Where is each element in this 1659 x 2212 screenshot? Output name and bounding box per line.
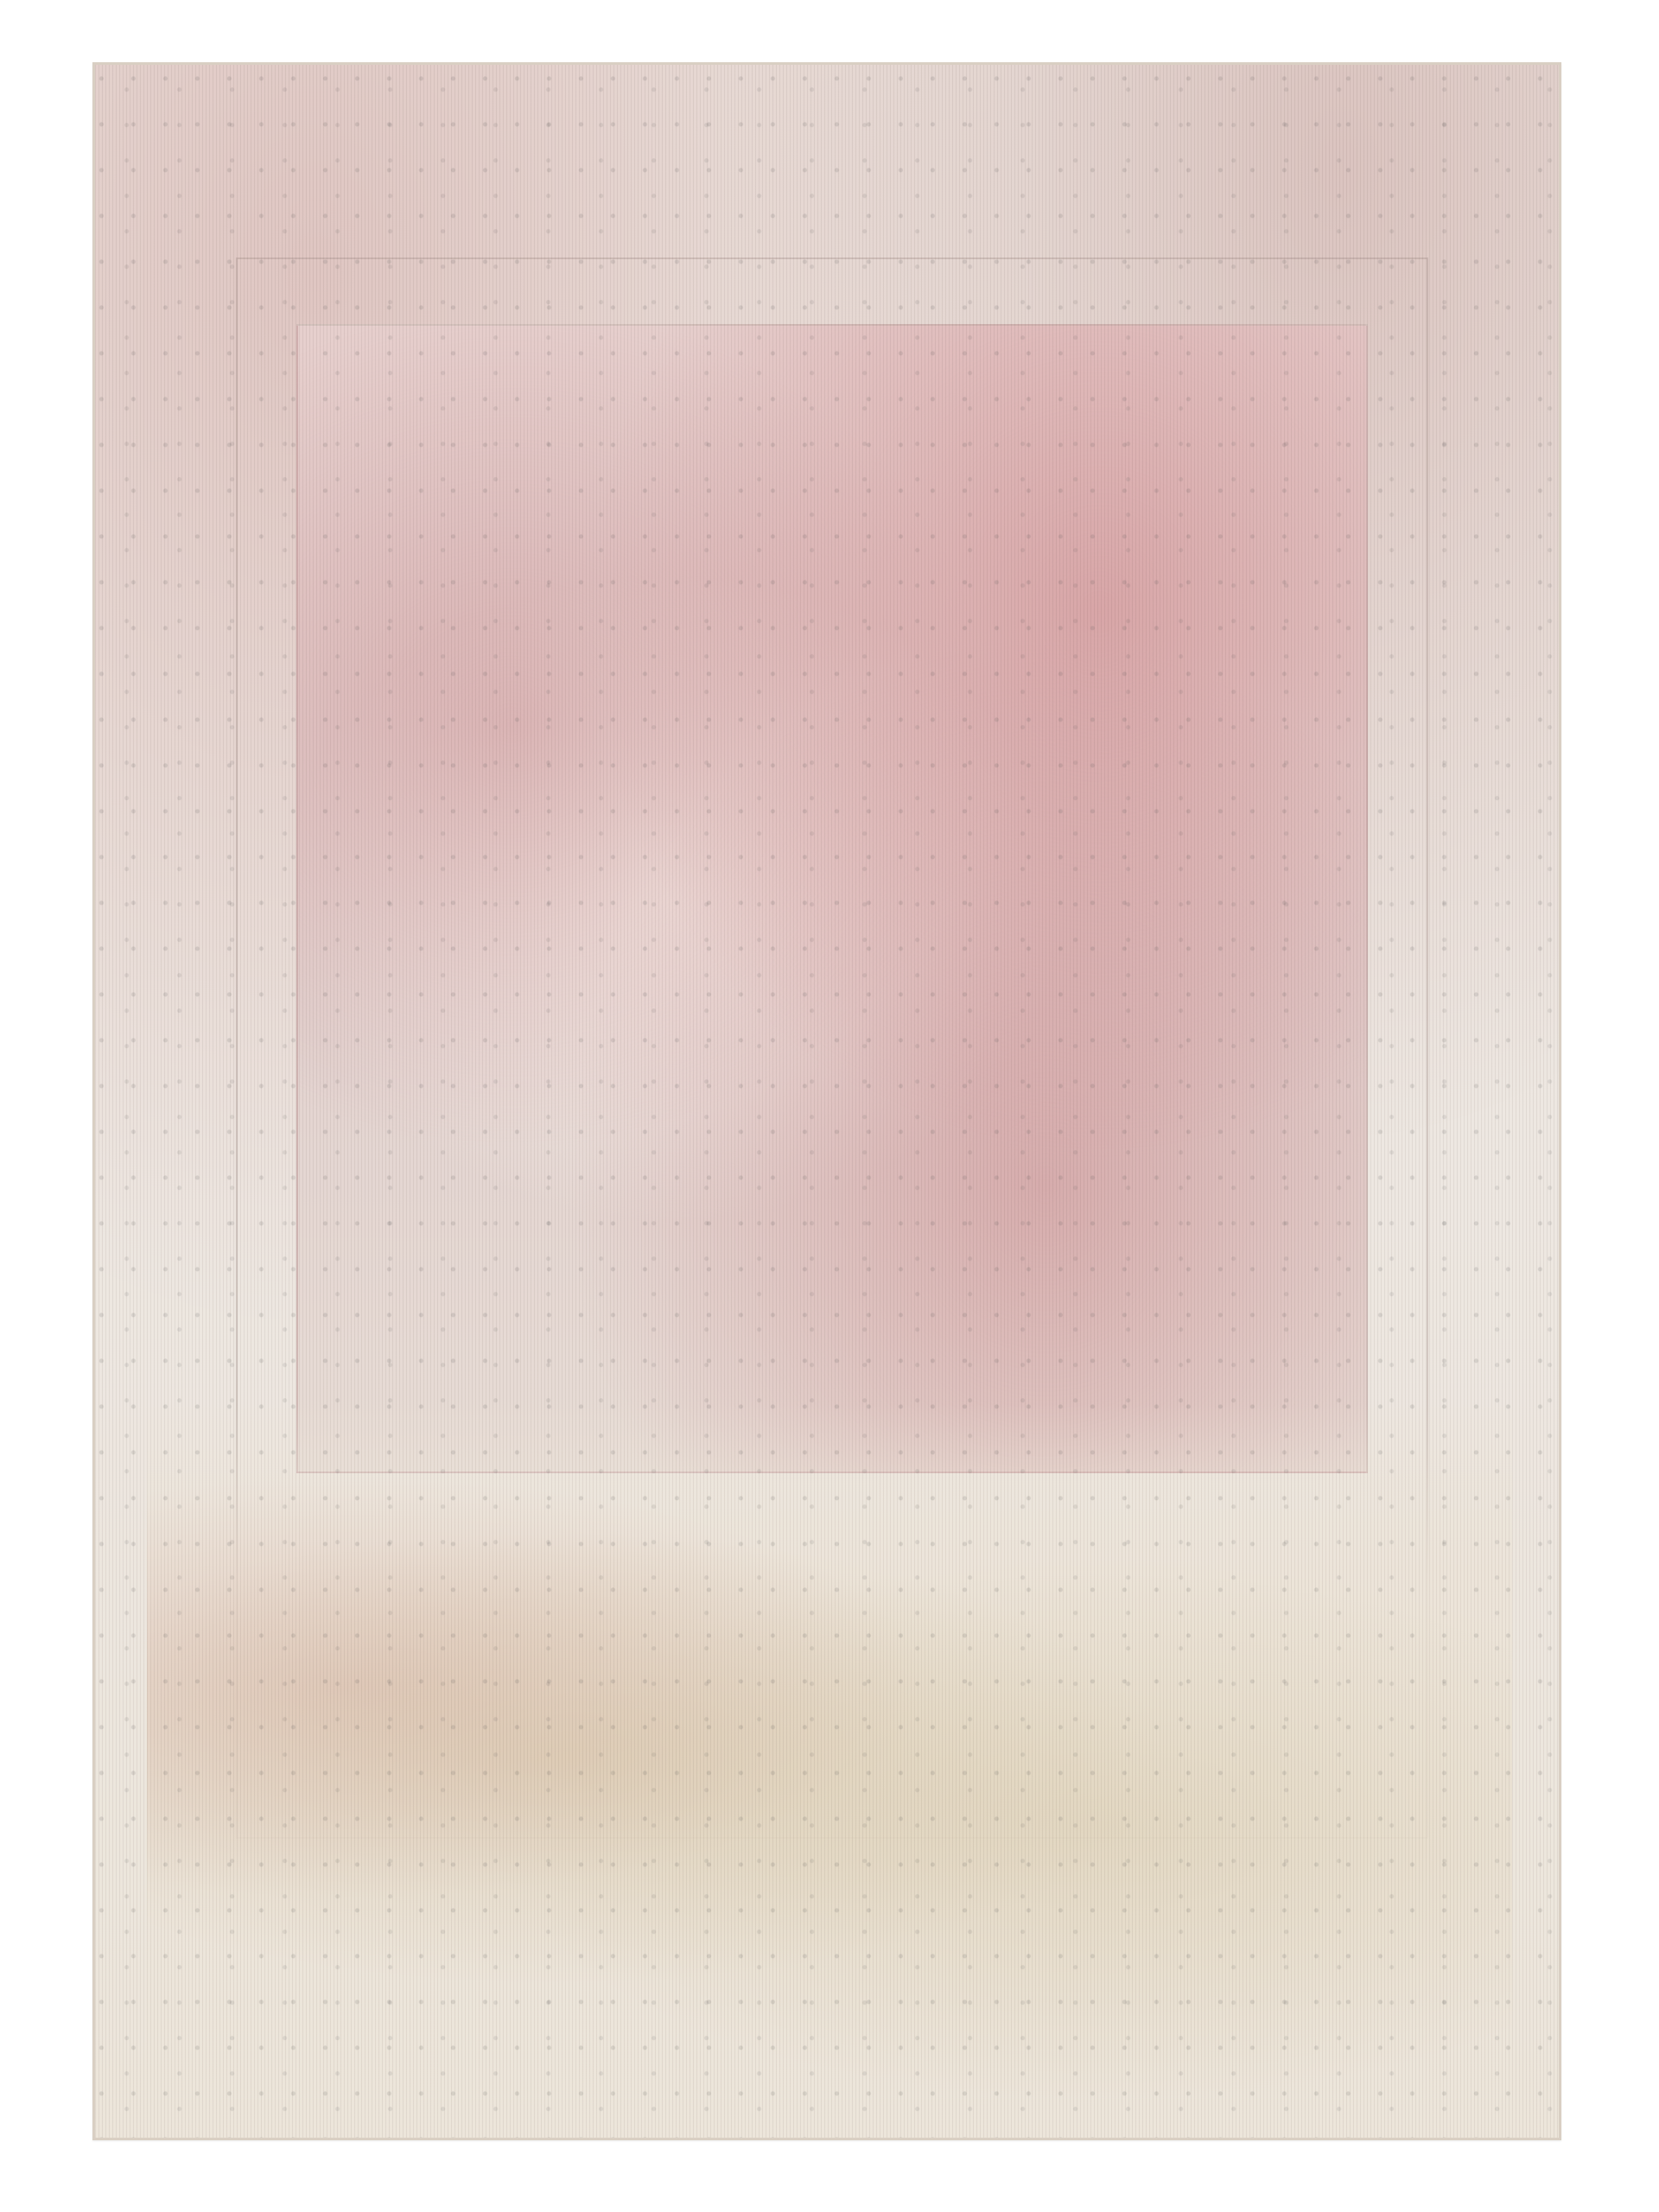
rug	[92, 62, 1561, 2140]
rug-weave-texture	[95, 65, 1559, 2138]
